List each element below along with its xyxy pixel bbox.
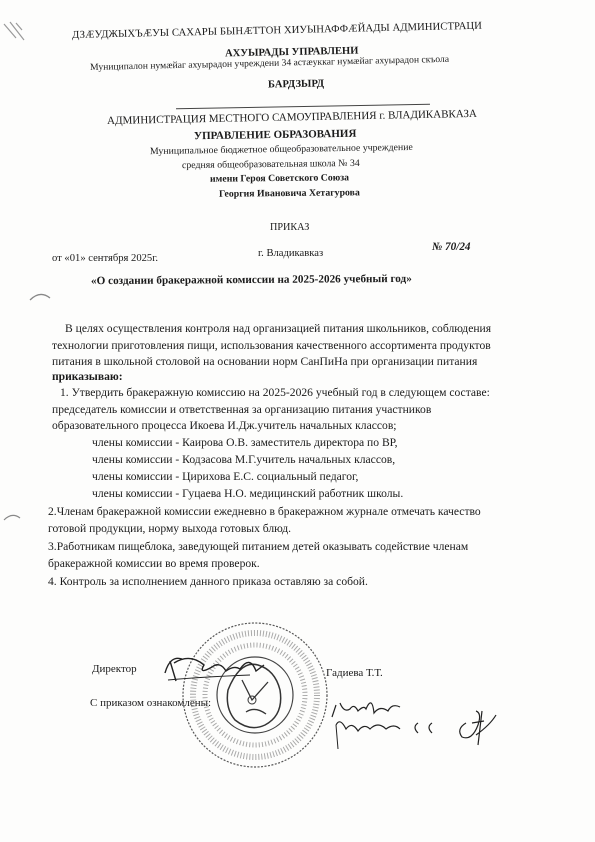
header-russian-line5: имени Героя Советского Союза — [210, 172, 349, 184]
order-city: г. Владикавказ — [258, 248, 323, 259]
header-russian-line3: Муниципальное бюджетное общеобразователь… — [150, 142, 413, 157]
chair-line: образовательного процесса Икоева И.Дж.уч… — [52, 419, 397, 432]
handwritten-signatures-icon — [160, 625, 520, 755]
item-4: 4. Контроль за исполнением данного прика… — [48, 575, 368, 588]
header-divider — [176, 104, 430, 109]
order-number: № 70/24 — [432, 241, 471, 253]
member-line: члены комиссии - Кодзасова М.Г.учитель н… — [92, 453, 395, 466]
order-date: от «01» сентября 2025г. — [52, 253, 158, 264]
preamble-line: питания в школьной столовой на основании… — [52, 355, 477, 368]
header-ossetian-line4: БАРДЗЫРД — [268, 79, 324, 91]
item-2: готовой продукции, норму выхода готовых … — [48, 522, 291, 535]
member-line: члены комиссии - Каирова О.В. заместител… — [92, 436, 398, 449]
item-3: бракеражной комиссии во время проверок. — [48, 557, 260, 570]
item-3: 3.Работникам пищеблока, заведующей питан… — [48, 540, 468, 553]
item-2: 2.Членам бракеражной комиссии ежедневно … — [48, 505, 481, 518]
order-word: приказываю: — [52, 370, 123, 383]
member-line: члены комиссии - Гуцаева Н.О. медицински… — [92, 487, 403, 500]
item-1: 1. Утвердить бракеражную комиссию на 202… — [60, 386, 490, 399]
preamble-line: В целях осуществления контроля над орган… — [65, 322, 491, 335]
hole-punch-mark-icon — [2, 512, 22, 522]
header-russian-line4: средняя общеобразовательная школа № 34 — [182, 158, 360, 171]
header-russian-line6: Георгия Ивановича Хетагурова — [219, 187, 360, 199]
order-type: ПРИКАЗ — [270, 222, 309, 233]
hole-punch-mark-icon — [28, 290, 52, 302]
member-line: члены комиссии - Цирихова Е.С. социальны… — [92, 470, 358, 483]
header-ossetian-line1: ДЗÆУДЖЫХЪÆУЫ САХАРЫ БЫНÆТТОН ХИУЫНАФФÆЙА… — [72, 21, 482, 41]
signature-position: Директор — [92, 663, 137, 675]
preamble-line: технологии приготовления пищи, использов… — [52, 339, 491, 352]
staple-mark-icon — [2, 20, 32, 46]
header-russian-line1: АДМИНИСТРАЦИЯ МЕСТНОГО САМОУПРАВЛЕНИЯ г.… — [107, 108, 477, 127]
header-russian-line2: УПРАВЛЕНИЕ ОБРАЗОВАНИЯ — [194, 128, 357, 143]
chair-line: председатель комиссии и ответственная за… — [52, 403, 431, 416]
order-title: «О создании бракеражной комиссии на 2025… — [91, 273, 412, 287]
